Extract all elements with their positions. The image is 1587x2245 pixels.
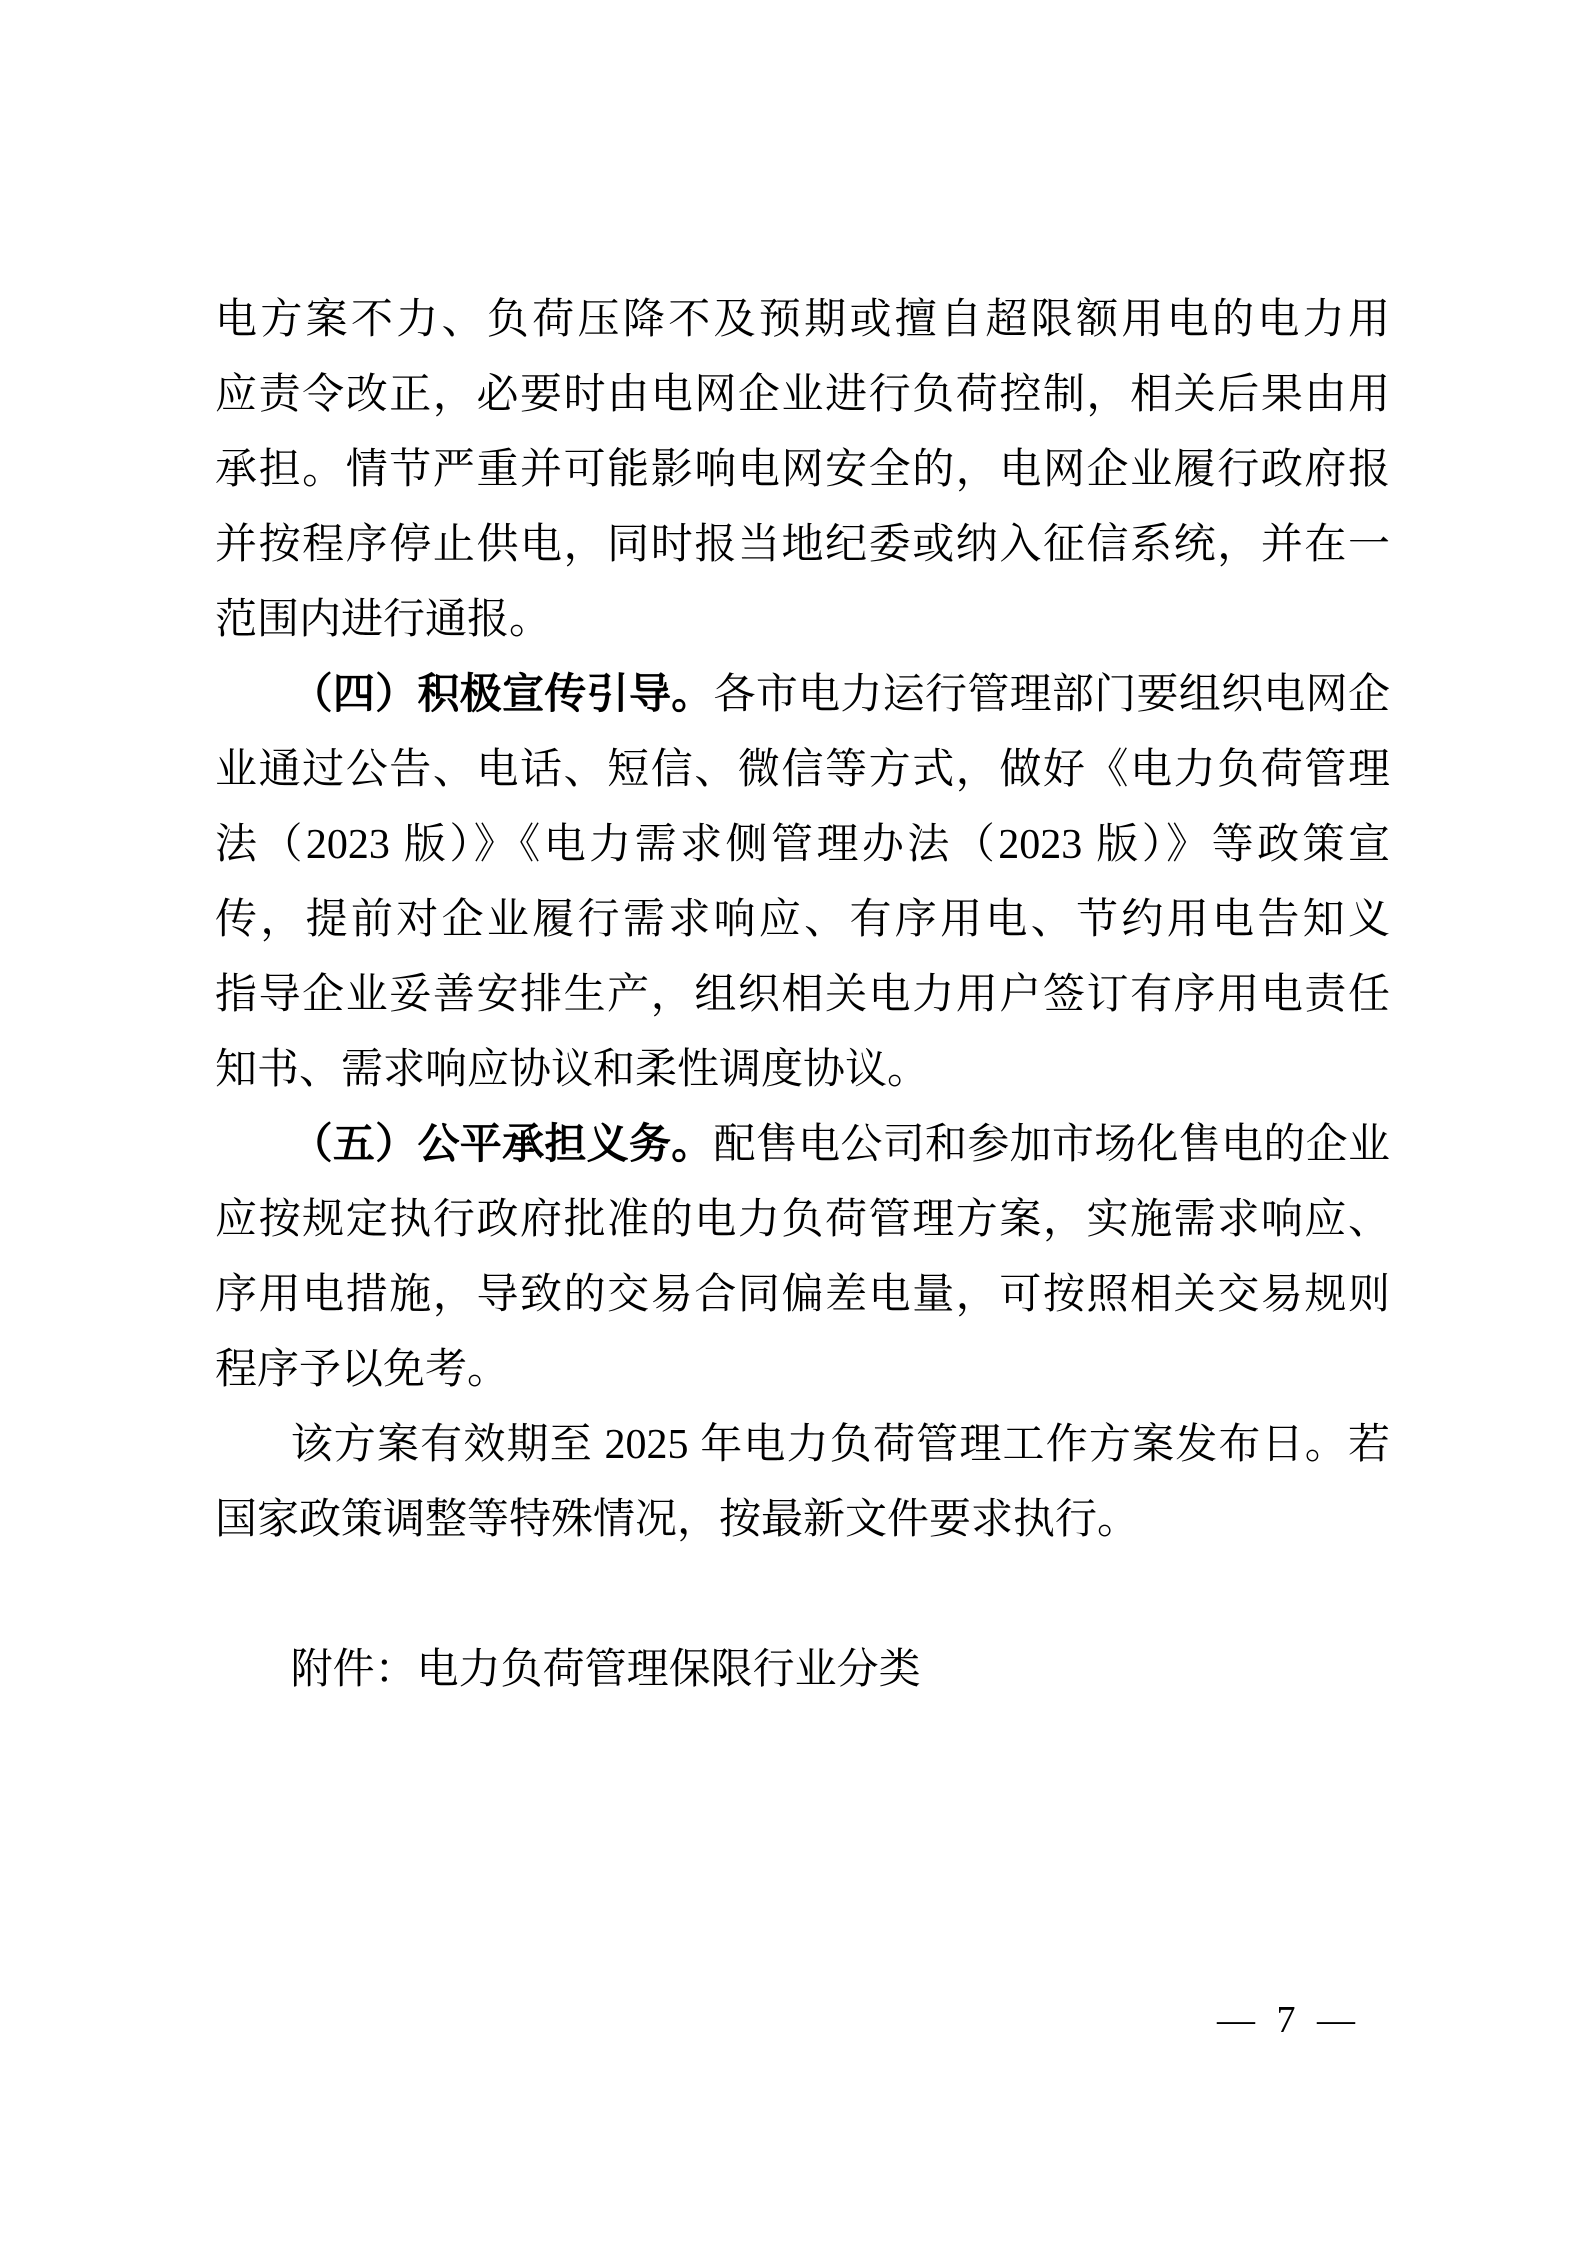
body-line: 该方案有效期至 2025 年电力负荷管理工作方案发布日。若遇	[215, 1408, 1390, 1483]
section-heading-line: （四）积极宣传引导。各市电力运行管理部门要组织电网企	[215, 658, 1390, 733]
body-line: 承担。情节严重并可能影响电网安全的，电网企业履行政府报备	[215, 433, 1390, 508]
attachment-line: 附件：电力负荷管理保限行业分类	[215, 1633, 1390, 1708]
body-line: 程序予以免考。	[215, 1333, 1390, 1408]
body-line: 范围内进行通报。	[215, 583, 1390, 658]
body-line: 电方案不力、负荷压降不及预期或擅自超限额用电的电力用户，	[215, 283, 1390, 358]
section-heading: （四）积极宣传引导。	[291, 672, 714, 718]
body-line: 应按规定执行政府批准的电力负荷管理方案，实施需求响应、有	[215, 1183, 1390, 1258]
body-line: 并按程序停止供电，同时报当地纪委或纳入征信系统，并在一定	[215, 508, 1390, 583]
section-heading-line: （五）公平承担义务。配售电公司和参加市场化售电的企业	[215, 1108, 1390, 1183]
body-line: 应责令改正，必要时由电网企业进行负荷控制，相关后果由用户	[215, 358, 1390, 433]
document-page: 电方案不力、负荷压降不及预期或擅自超限额用电的电力用户， 应责令改正，必要时由电…	[0, 0, 1587, 2245]
body-line: 法（2023 版）》《电力需求侧管理办法（2023 版）》等政策宣	[215, 808, 1390, 883]
page-number: — 7 —	[1217, 1997, 1355, 2043]
body-text: 各市电力运行管理部门要组织电网企	[714, 672, 1390, 718]
body-line: 国家政策调整等特殊情况，按最新文件要求执行。	[215, 1483, 1390, 1558]
body-line: 传，提前对企业履行需求响应、有序用电、节约用电告知义务，	[215, 883, 1390, 958]
body-line: 序用电措施，导致的交易合同偏差电量，可按照相关交易规则及	[215, 1258, 1390, 1333]
document-body: 电方案不力、负荷压降不及预期或擅自超限额用电的电力用户， 应责令改正，必要时由电…	[215, 283, 1390, 1708]
body-text: 配售电公司和参加市场化售电的企业	[714, 1122, 1390, 1168]
body-line: 业通过公告、电话、短信、微信等方式，做好《电力负荷管理办	[215, 733, 1390, 808]
section-heading: （五）公平承担义务。	[291, 1122, 714, 1168]
body-line: 知书、需求响应协议和柔性调度协议。	[215, 1033, 1390, 1108]
body-line: 指导企业妥善安排生产，组织相关电力用户签订有序用电责任告	[215, 958, 1390, 1033]
